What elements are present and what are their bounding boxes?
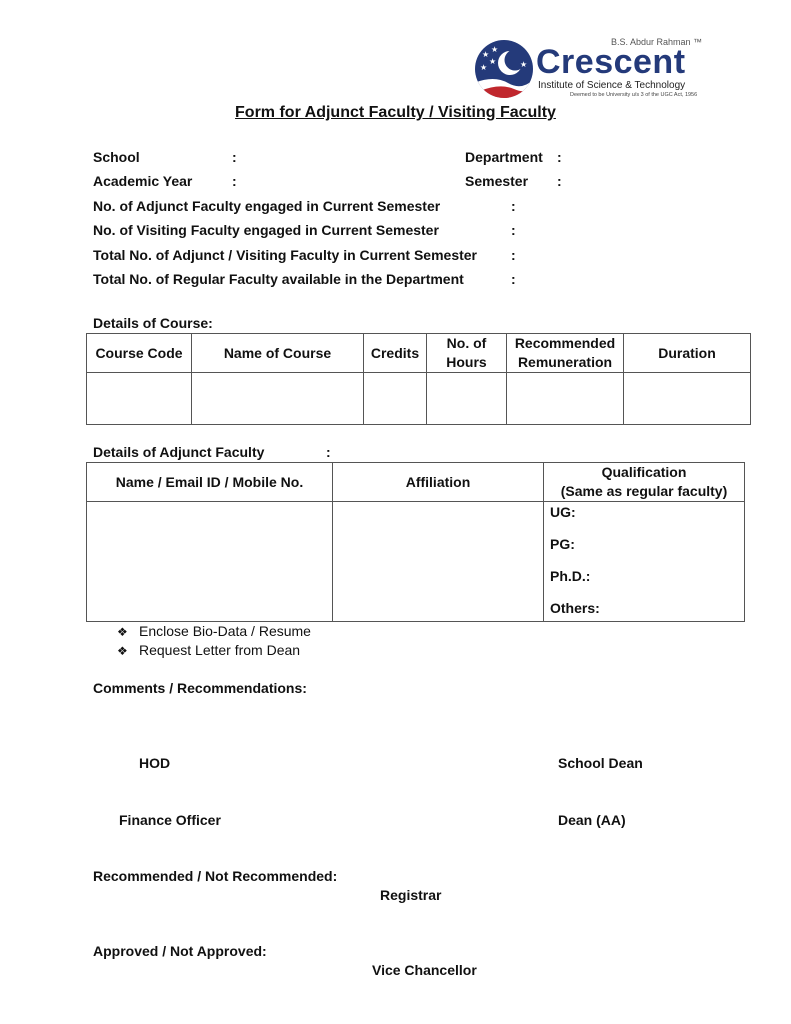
institution-logo: ★★ ★★ ★ B.S. Abdur Rahman ™ Crescent Ins…: [474, 37, 704, 101]
academic-year-label: Academic Year: [93, 173, 192, 189]
school-sep: :: [232, 149, 237, 165]
course-table: Course Code Name of Course Credits No. o…: [86, 333, 751, 425]
recommendation-label: Recommended / Not Recommended:: [93, 868, 337, 884]
total-adjunct-visiting-sep: :: [511, 247, 516, 263]
course-table-header: Course Code Name of Course Credits No. o…: [87, 334, 751, 373]
svg-text:★: ★: [480, 63, 487, 72]
total-adjunct-visiting-label: Total No. of Adjunct / Visiting Faculty …: [93, 247, 477, 263]
qualification-phd: Ph.D.:: [550, 567, 590, 586]
diamond-bullet-icon: ❖: [117, 644, 139, 658]
finance-officer-signature-label: Finance Officer: [119, 812, 221, 828]
hod-signature-label: HOD: [139, 755, 170, 771]
visiting-count-sep: :: [511, 222, 516, 238]
crescent-emblem-icon: ★★ ★★ ★: [474, 39, 534, 99]
visiting-count-label: No. of Visiting Faculty engaged in Curre…: [93, 222, 439, 238]
name-email-mobile-cell[interactable]: [87, 502, 333, 622]
remuneration-cell[interactable]: [507, 373, 624, 425]
school-field[interactable]: [245, 146, 445, 166]
svg-text:★: ★: [520, 60, 527, 69]
logo-subtitle: Institute of Science & Technology: [538, 80, 685, 91]
department-field[interactable]: [570, 146, 740, 166]
faculty-table: Name / Email ID / Mobile No. Affiliation…: [86, 462, 745, 622]
semester-label: Semester: [465, 173, 528, 189]
adjunct-count-sep: :: [511, 198, 516, 214]
table-row: UG: PG: Ph.D.: Others:: [87, 502, 745, 622]
svg-text:★: ★: [491, 45, 498, 54]
form-title: Form for Adjunct Faculty / Visiting Facu…: [0, 104, 791, 122]
qualification-pg: PG:: [550, 535, 575, 554]
col-course-code: Course Code: [87, 334, 192, 373]
regular-faculty-count-sep: :: [511, 271, 516, 287]
credits-cell[interactable]: [364, 373, 427, 425]
comments-label: Comments / Recommendations:: [93, 680, 307, 696]
department-sep: :: [557, 149, 562, 165]
visiting-count-field[interactable]: [525, 219, 725, 239]
comments-field[interactable]: [93, 700, 743, 745]
svg-text:★: ★: [489, 57, 496, 66]
total-adjunct-visiting-field[interactable]: [525, 244, 725, 264]
enclosure-item: ❖Enclose Bio-Data / Resume: [117, 623, 311, 639]
qualification-others: Others:: [550, 599, 600, 618]
school-dean-signature-label: School Dean: [558, 755, 643, 771]
academic-year-field[interactable]: [245, 170, 445, 190]
col-no-of-hours: No. ofHours: [427, 334, 507, 373]
table-row: [87, 373, 751, 425]
duration-cell[interactable]: [624, 373, 751, 425]
department-label: Department: [465, 149, 543, 165]
col-credits: Credits: [364, 334, 427, 373]
adjunct-count-field[interactable]: [525, 195, 725, 215]
diamond-bullet-icon: ❖: [117, 625, 139, 639]
adjunct-count-label: No. of Adjunct Faculty engaged in Curren…: [93, 198, 440, 214]
col-duration: Duration: [624, 334, 751, 373]
col-name-of-course: Name of Course: [192, 334, 364, 373]
qualification-cell[interactable]: UG: PG: Ph.D.: Others:: [544, 502, 745, 622]
logo-name: Crescent: [536, 43, 686, 82]
logo-deemed-line: Deemed to be University u/s 3 of the UGC…: [570, 92, 697, 98]
semester-field[interactable]: [570, 170, 740, 190]
school-label: School: [93, 149, 140, 165]
course-section-heading: Details of Course:: [93, 315, 213, 331]
regular-faculty-count-field[interactable]: [525, 268, 725, 288]
qualification-ug: UG:: [550, 503, 576, 522]
col-qualification: Qualification(Same as regular faculty): [544, 463, 745, 502]
enclosure-item: ❖Request Letter from Dean: [117, 642, 300, 658]
approval-label: Approved / Not Approved:: [93, 943, 267, 959]
course-code-cell[interactable]: [87, 373, 192, 425]
hours-cell[interactable]: [427, 373, 507, 425]
regular-faculty-count-label: Total No. of Regular Faculty available i…: [93, 271, 464, 287]
faculty-section-heading: Details of Adjunct Faculty: [93, 444, 264, 460]
col-recommended-remuneration: RecommendedRemuneration: [507, 334, 624, 373]
col-affiliation: Affiliation: [333, 463, 544, 502]
faculty-section-sep: :: [326, 444, 331, 460]
faculty-table-header: Name / Email ID / Mobile No. Affiliation…: [87, 463, 745, 502]
affiliation-cell[interactable]: [333, 502, 544, 622]
registrar-signature-label: Registrar: [380, 887, 441, 903]
col-name-email-mobile: Name / Email ID / Mobile No.: [87, 463, 333, 502]
dean-aa-signature-label: Dean (AA): [558, 812, 626, 828]
semester-sep: :: [557, 173, 562, 189]
academic-year-sep: :: [232, 173, 237, 189]
course-name-cell[interactable]: [192, 373, 364, 425]
vice-chancellor-signature-label: Vice Chancellor: [372, 962, 477, 978]
